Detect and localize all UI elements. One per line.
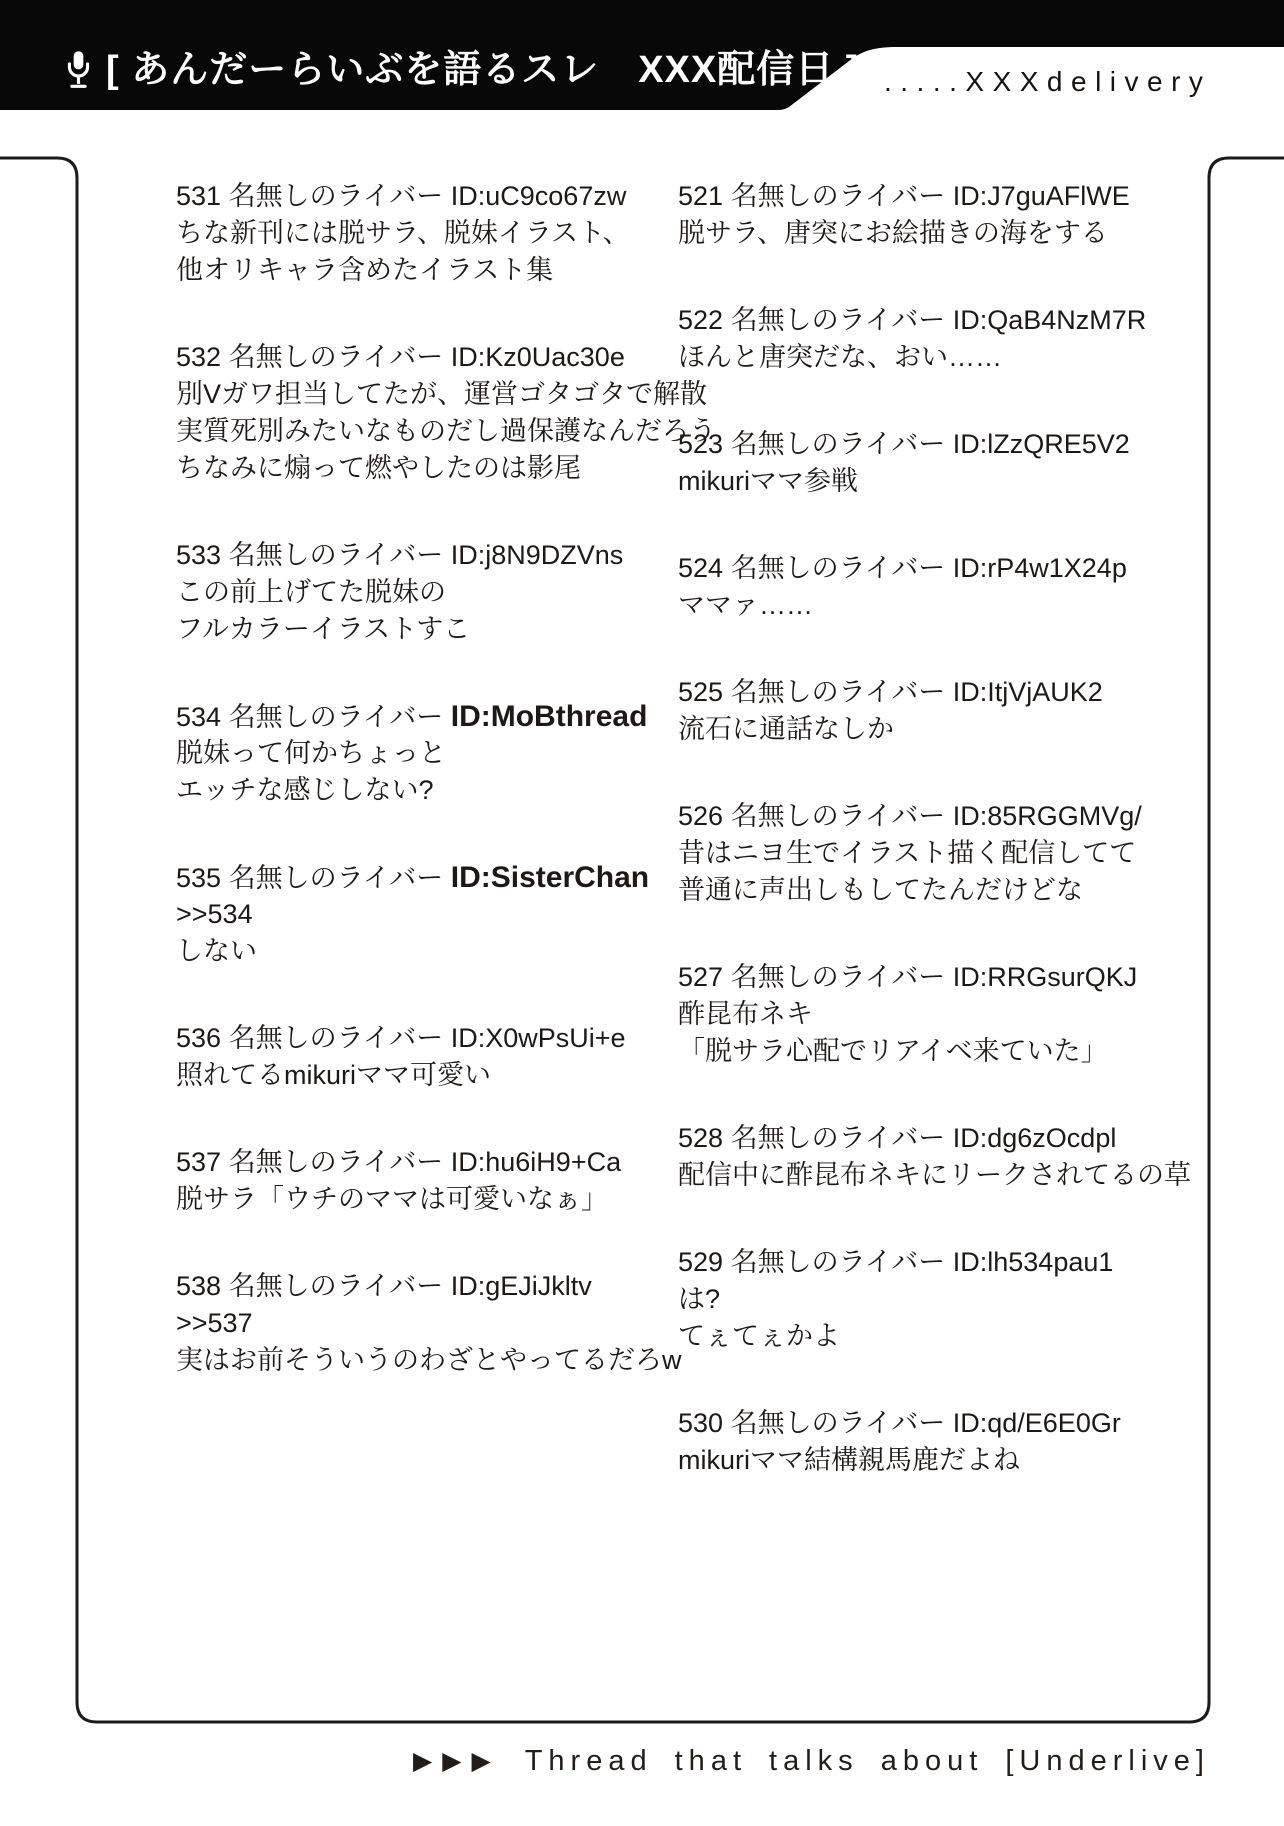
post-538: 538 名無しのライバー ID:gEJiJkltv>>537実はお前そういうのわ… bbox=[176, 1268, 606, 1379]
post-number: 534 bbox=[176, 702, 221, 732]
post-body-line: 他オリキャラ含めたイラスト集 bbox=[176, 252, 606, 289]
post-536: 536 名無しのライバー ID:X0wPsUi+e照れてるmikuriママ可愛い bbox=[176, 1020, 606, 1094]
post-533: 533 名無しのライバー ID:j8N9DZVnsこの前上げてた脱妹のフルカラー… bbox=[176, 537, 606, 648]
post-id: ID:ItjVjAUK2 bbox=[953, 677, 1103, 707]
post-id: ID:rP4w1X24p bbox=[953, 553, 1127, 583]
post-body-line: >>534 bbox=[176, 896, 606, 933]
post-id: ID:QaB4NzM7R bbox=[953, 305, 1147, 335]
post-body-line: 別Vガワ担当してたが、運営ゴタゴタで解散 bbox=[176, 376, 606, 413]
post-534: 534 名無しのライバー ID:MoBthread脱妹って何かちょっとエッチな感… bbox=[176, 698, 606, 809]
post-id: ID:RRGsurQKJ bbox=[953, 962, 1138, 992]
delivery-caption: .....XXXdelivery bbox=[884, 66, 1211, 98]
post-body-line: 実質死別みたいなものだし過保護なんだろう bbox=[176, 413, 606, 450]
post-header: 526 名無しのライバー ID:85RGGMVg/ bbox=[678, 798, 1148, 835]
post-529: 529 名無しのライバー ID:lh534pau1は?てぇてぇかよ bbox=[678, 1244, 1148, 1355]
triangle-arrows-icon: ▶▶▶ bbox=[413, 1744, 501, 1778]
post-id: ID:X0wPsUi+e bbox=[451, 1023, 626, 1053]
post-id: ID:J7guAFlWE bbox=[953, 181, 1130, 211]
post-header: 534 名無しのライバー ID:MoBthread bbox=[176, 698, 606, 735]
post-header: 538 名無しのライバー ID:gEJiJkltv bbox=[176, 1268, 606, 1305]
poster-name: 名無しのライバー bbox=[731, 1408, 946, 1438]
post-body-line: エッチな感じしない? bbox=[176, 772, 606, 809]
post-body-line: 酢昆布ネキ bbox=[678, 996, 1148, 1033]
post-id: ID:lZzQRE5V2 bbox=[953, 429, 1130, 459]
post-body-line: は? bbox=[678, 1281, 1148, 1318]
poster-name: 名無しのライバー bbox=[229, 540, 444, 570]
poster-name: 名無しのライバー bbox=[229, 863, 444, 893]
thread-column-right: 521 名無しのライバー ID:J7guAFlWE脱サラ、唐突にお絵描きの海をす… bbox=[678, 178, 1148, 1529]
post-number: 536 bbox=[176, 1023, 221, 1053]
post-number: 524 bbox=[678, 553, 723, 583]
post-id: ID:MoBthread bbox=[451, 700, 648, 733]
post-body-line: 「脱サラ心配でリアイベ来ていた」 bbox=[678, 1033, 1148, 1070]
post-body-line: ちなみに煽って燃やしたのは影尾 bbox=[176, 450, 606, 487]
post-number: 535 bbox=[176, 863, 221, 893]
poster-name: 名無しのライバー bbox=[229, 702, 444, 732]
poster-name: 名無しのライバー bbox=[731, 801, 946, 831]
post-526: 526 名無しのライバー ID:85RGGMVg/昔はニヨ生でイラスト描く配信し… bbox=[678, 798, 1148, 909]
post-528: 528 名無しのライバー ID:dg6zOcdpl配信中に酢昆布ネキにリークされ… bbox=[678, 1120, 1148, 1194]
post-number: 521 bbox=[678, 181, 723, 211]
poster-name: 名無しのライバー bbox=[731, 1247, 946, 1277]
post-number: 522 bbox=[678, 305, 723, 335]
poster-name: 名無しのライバー bbox=[229, 181, 444, 211]
post-body-line: てぇてぇかよ bbox=[678, 1318, 1148, 1355]
post-537: 537 名無しのライバー ID:hu6iH9+Ca脱サラ「ウチのママは可愛いなぁ… bbox=[176, 1144, 606, 1218]
post-id: ID:gEJiJkltv bbox=[451, 1271, 592, 1301]
post-header: 535 名無しのライバー ID:SisterChan bbox=[176, 859, 606, 896]
poster-name: 名無しのライバー bbox=[229, 342, 444, 372]
post-body-line: ちな新刊には脱サラ、脱妹イラスト、 bbox=[176, 215, 606, 252]
post-body-line: 普通に声出しもしてたんだけどな bbox=[678, 872, 1148, 909]
post-body-line: この前上げてた脱妹の bbox=[176, 574, 606, 611]
poster-name: 名無しのライバー bbox=[229, 1023, 444, 1053]
poster-name: 名無しのライバー bbox=[731, 553, 946, 583]
post-531: 531 名無しのライバー ID:uC9co67zwちな新刊には脱サラ、脱妹イラス… bbox=[176, 178, 606, 289]
post-header: 529 名無しのライバー ID:lh534pau1 bbox=[678, 1244, 1148, 1281]
poster-name: 名無しのライバー bbox=[731, 305, 946, 335]
post-body-line: ママァ…… bbox=[678, 587, 1148, 624]
post-id: ID:uC9co67zw bbox=[451, 181, 627, 211]
post-number: 526 bbox=[678, 801, 723, 831]
post-header: 522 名無しのライバー ID:QaB4NzM7R bbox=[678, 302, 1148, 339]
post-id: ID:85RGGMVg/ bbox=[953, 801, 1142, 831]
post-body-line: >>537 bbox=[176, 1305, 606, 1342]
post-body-line: 脱サラ「ウチのママは可愛いなぁ」 bbox=[176, 1181, 606, 1218]
post-body-line: mikuriママ結構親馬鹿だよね bbox=[678, 1442, 1148, 1479]
poster-name: 名無しのライバー bbox=[731, 429, 946, 459]
post-header: 536 名無しのライバー ID:X0wPsUi+e bbox=[176, 1020, 606, 1057]
post-523: 523 名無しのライバー ID:lZzQRE5V2mikuriママ参戦 bbox=[678, 426, 1148, 500]
post-521: 521 名無しのライバー ID:J7guAFlWE脱サラ、唐突にお絵描きの海をす… bbox=[678, 178, 1148, 252]
thread-title-bar: [ あんだーらいぶを語るスレ XXX配信日 ] bbox=[64, 46, 859, 94]
post-524: 524 名無しのライバー ID:rP4w1X24pママァ…… bbox=[678, 550, 1148, 624]
poster-name: 名無しのライバー bbox=[229, 1147, 444, 1177]
poster-name: 名無しのライバー bbox=[229, 1271, 444, 1301]
post-id: ID:dg6zOcdpl bbox=[953, 1123, 1117, 1153]
post-body-line: 昔はニヨ生でイラスト描く配信してて bbox=[678, 835, 1148, 872]
post-number: 533 bbox=[176, 540, 221, 570]
post-body-line: mikuriママ参戦 bbox=[678, 463, 1148, 500]
post-527: 527 名無しのライバー ID:RRGsurQKJ酢昆布ネキ「脱サラ心配でリアイ… bbox=[678, 959, 1148, 1070]
post-id: ID:hu6iH9+Ca bbox=[451, 1147, 621, 1177]
post-id: ID:Kz0Uac30e bbox=[451, 342, 625, 372]
post-number: 523 bbox=[678, 429, 723, 459]
post-body-line: 配信中に酢昆布ネキにリークされてるの草 bbox=[678, 1157, 1148, 1194]
post-header: 532 名無しのライバー ID:Kz0Uac30e bbox=[176, 339, 606, 376]
post-532: 532 名無しのライバー ID:Kz0Uac30e別Vガワ担当してたが、運営ゴタ… bbox=[176, 339, 606, 487]
manga-thread-page: [ あんだーらいぶを語るスレ XXX配信日 ] .....XXXdelivery… bbox=[0, 0, 1284, 1826]
poster-name: 名無しのライバー bbox=[731, 677, 946, 707]
post-header: 523 名無しのライバー ID:lZzQRE5V2 bbox=[678, 426, 1148, 463]
post-body-line: 脱妹って何かちょっと bbox=[176, 735, 606, 772]
post-body-line: 実はお前そういうのわざとやってるだろw bbox=[176, 1342, 606, 1379]
post-header: 530 名無しのライバー ID:qd/E6E0Gr bbox=[678, 1405, 1148, 1442]
post-body-line: 脱サラ、唐突にお絵描きの海をする bbox=[678, 215, 1148, 252]
post-header: 527 名無しのライバー ID:RRGsurQKJ bbox=[678, 959, 1148, 996]
page-footer: ▶▶▶ Thread that talks about [Underlive] bbox=[413, 1744, 1210, 1778]
poster-name: 名無しのライバー bbox=[731, 1123, 946, 1153]
post-body-line: しない bbox=[176, 933, 606, 970]
post-header: 525 名無しのライバー ID:ItjVjAUK2 bbox=[678, 674, 1148, 711]
thread-title: [ あんだーらいぶを語るスレ XXX配信日 ] bbox=[106, 46, 859, 94]
post-number: 530 bbox=[678, 1408, 723, 1438]
post-number: 528 bbox=[678, 1123, 723, 1153]
post-525: 525 名無しのライバー ID:ItjVjAUK2流石に通話なしか bbox=[678, 674, 1148, 748]
post-number: 531 bbox=[176, 181, 221, 211]
post-number: 537 bbox=[176, 1147, 221, 1177]
post-id: ID:lh534pau1 bbox=[953, 1247, 1114, 1277]
post-header: 521 名無しのライバー ID:J7guAFlWE bbox=[678, 178, 1148, 215]
microphone-icon bbox=[64, 48, 93, 92]
post-header: 528 名無しのライバー ID:dg6zOcdpl bbox=[678, 1120, 1148, 1157]
post-id: ID:qd/E6E0Gr bbox=[953, 1408, 1121, 1438]
poster-name: 名無しのライバー bbox=[731, 962, 946, 992]
post-body-line: ほんと唐突だな、おい…… bbox=[678, 339, 1148, 376]
post-number: 529 bbox=[678, 1247, 723, 1277]
post-body-line: 照れてるmikuriママ可愛い bbox=[176, 1057, 606, 1094]
post-number: 527 bbox=[678, 962, 723, 992]
post-body-line: フルカラーイラストすこ bbox=[176, 611, 606, 648]
post-535: 535 名無しのライバー ID:SisterChan>>534しない bbox=[176, 859, 606, 970]
post-id: ID:SisterChan bbox=[451, 861, 649, 894]
post-header: 524 名無しのライバー ID:rP4w1X24p bbox=[678, 550, 1148, 587]
post-body-line: 流石に通話なしか bbox=[678, 711, 1148, 748]
post-header: 533 名無しのライバー ID:j8N9DZVns bbox=[176, 537, 606, 574]
post-number: 525 bbox=[678, 677, 723, 707]
footer-caption: Thread that talks about [Underlive] bbox=[525, 1744, 1210, 1778]
post-number: 538 bbox=[176, 1271, 221, 1301]
post-522: 522 名無しのライバー ID:QaB4NzM7Rほんと唐突だな、おい…… bbox=[678, 302, 1148, 376]
thread-column-left: 531 名無しのライバー ID:uC9co67zwちな新刊には脱サラ、脱妹イラス… bbox=[176, 178, 606, 1429]
post-530: 530 名無しのライバー ID:qd/E6E0Grmikuriママ結構親馬鹿だよ… bbox=[678, 1405, 1148, 1479]
post-id: ID:j8N9DZVns bbox=[451, 540, 624, 570]
post-header: 531 名無しのライバー ID:uC9co67zw bbox=[176, 178, 606, 215]
post-header: 537 名無しのライバー ID:hu6iH9+Ca bbox=[176, 1144, 606, 1181]
post-number: 532 bbox=[176, 342, 221, 372]
poster-name: 名無しのライバー bbox=[731, 181, 946, 211]
